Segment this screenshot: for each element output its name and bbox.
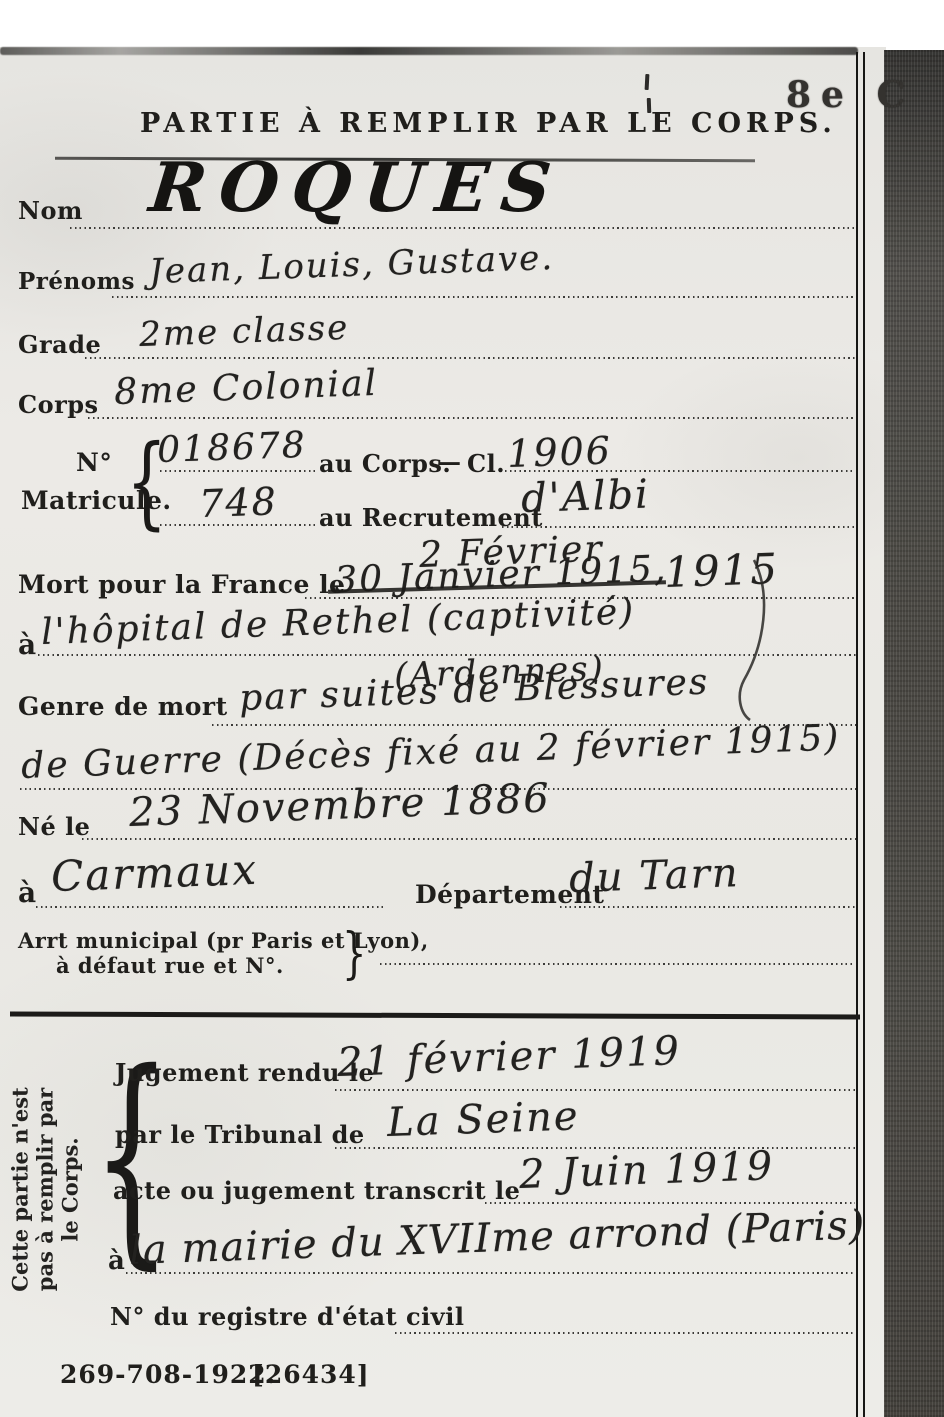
side-note: Cette partie n'est pas à remplir par le … bbox=[8, 1085, 83, 1295]
field-label-lieu-mort: à bbox=[18, 628, 37, 661]
dotted-line bbox=[502, 526, 856, 528]
label-cl: Cl. bbox=[467, 449, 505, 478]
dotted-line bbox=[380, 963, 855, 965]
field-value-departement: du Tarn bbox=[568, 850, 740, 902]
field-value-recrutement-lieu: d'Albi bbox=[520, 472, 650, 522]
dotted-line bbox=[112, 296, 855, 298]
ink-mark bbox=[645, 74, 650, 90]
page-top-edge-shadow bbox=[0, 47, 858, 55]
field-value-matricule-corps: 018678 bbox=[157, 425, 308, 471]
dotted-line bbox=[36, 906, 386, 908]
form-reference: 269-708-1922. bbox=[60, 1360, 276, 1389]
field-label-registre: N° du registre d'état civil bbox=[110, 1302, 464, 1331]
scan-background-band bbox=[884, 50, 944, 1417]
field-label-nom: Nom bbox=[18, 196, 83, 225]
label-au-corps: au Corps. bbox=[319, 449, 451, 478]
field-label-grade: Grade bbox=[18, 330, 101, 359]
field-label-genre-mort: Genre de mort bbox=[18, 692, 228, 721]
field-label-jugement: Jugement rendu le bbox=[115, 1058, 374, 1087]
field-label-arrondissement-2: à défaut rue et N°. bbox=[56, 953, 284, 978]
dotted-line bbox=[335, 1089, 855, 1091]
dotted-line bbox=[160, 470, 315, 472]
field-value-grade: 2me classe bbox=[139, 308, 350, 355]
field-label-mairie: à bbox=[108, 1246, 125, 1276]
page-title: PARTIE À REMPLIR PAR LE CORPS. bbox=[140, 108, 760, 139]
field-value-classe: 1906 bbox=[506, 428, 612, 476]
field-label-ne-le: Né le bbox=[18, 812, 90, 841]
dotted-line bbox=[560, 906, 856, 908]
field-label-arrondissement-1: Arrt municipal (pr Paris et Lyon), bbox=[18, 928, 429, 953]
pen-flourish bbox=[720, 555, 780, 725]
field-value-tribunal: La Seine bbox=[386, 1093, 580, 1146]
document-scan: 8e C PARTIE À REMPLIR PAR LE CORPS. Nom … bbox=[0, 0, 944, 1417]
dotted-line bbox=[85, 357, 855, 359]
field-label-corps: Corps bbox=[18, 390, 99, 419]
field-value-nom: ROQUES bbox=[146, 148, 568, 228]
dotted-line bbox=[82, 838, 856, 840]
arrondissement-brace: } bbox=[342, 926, 367, 981]
field-value-lieu-naissance: Carmaux bbox=[50, 845, 258, 901]
field-label-transcrit: acte ou jugement transcrit le bbox=[113, 1176, 520, 1205]
field-label-matricule-no: N° bbox=[76, 448, 112, 477]
print-reference: [26434] bbox=[252, 1360, 370, 1389]
dash-mark: — bbox=[437, 447, 462, 476]
dotted-line bbox=[395, 1332, 853, 1334]
dotted-line bbox=[126, 1272, 855, 1274]
field-label-prenoms: Prénoms bbox=[18, 268, 135, 295]
field-value-matricule-recrutement: 748 bbox=[198, 479, 278, 526]
field-label-tribunal: par le Tribunal de bbox=[115, 1120, 365, 1149]
field-label-lieu-naissance: à bbox=[18, 876, 37, 909]
dotted-line bbox=[88, 417, 855, 419]
field-value-transcrit: 2 Juin 1919 bbox=[518, 1143, 774, 1198]
field-label-mort: Mort pour la France le bbox=[18, 570, 345, 599]
